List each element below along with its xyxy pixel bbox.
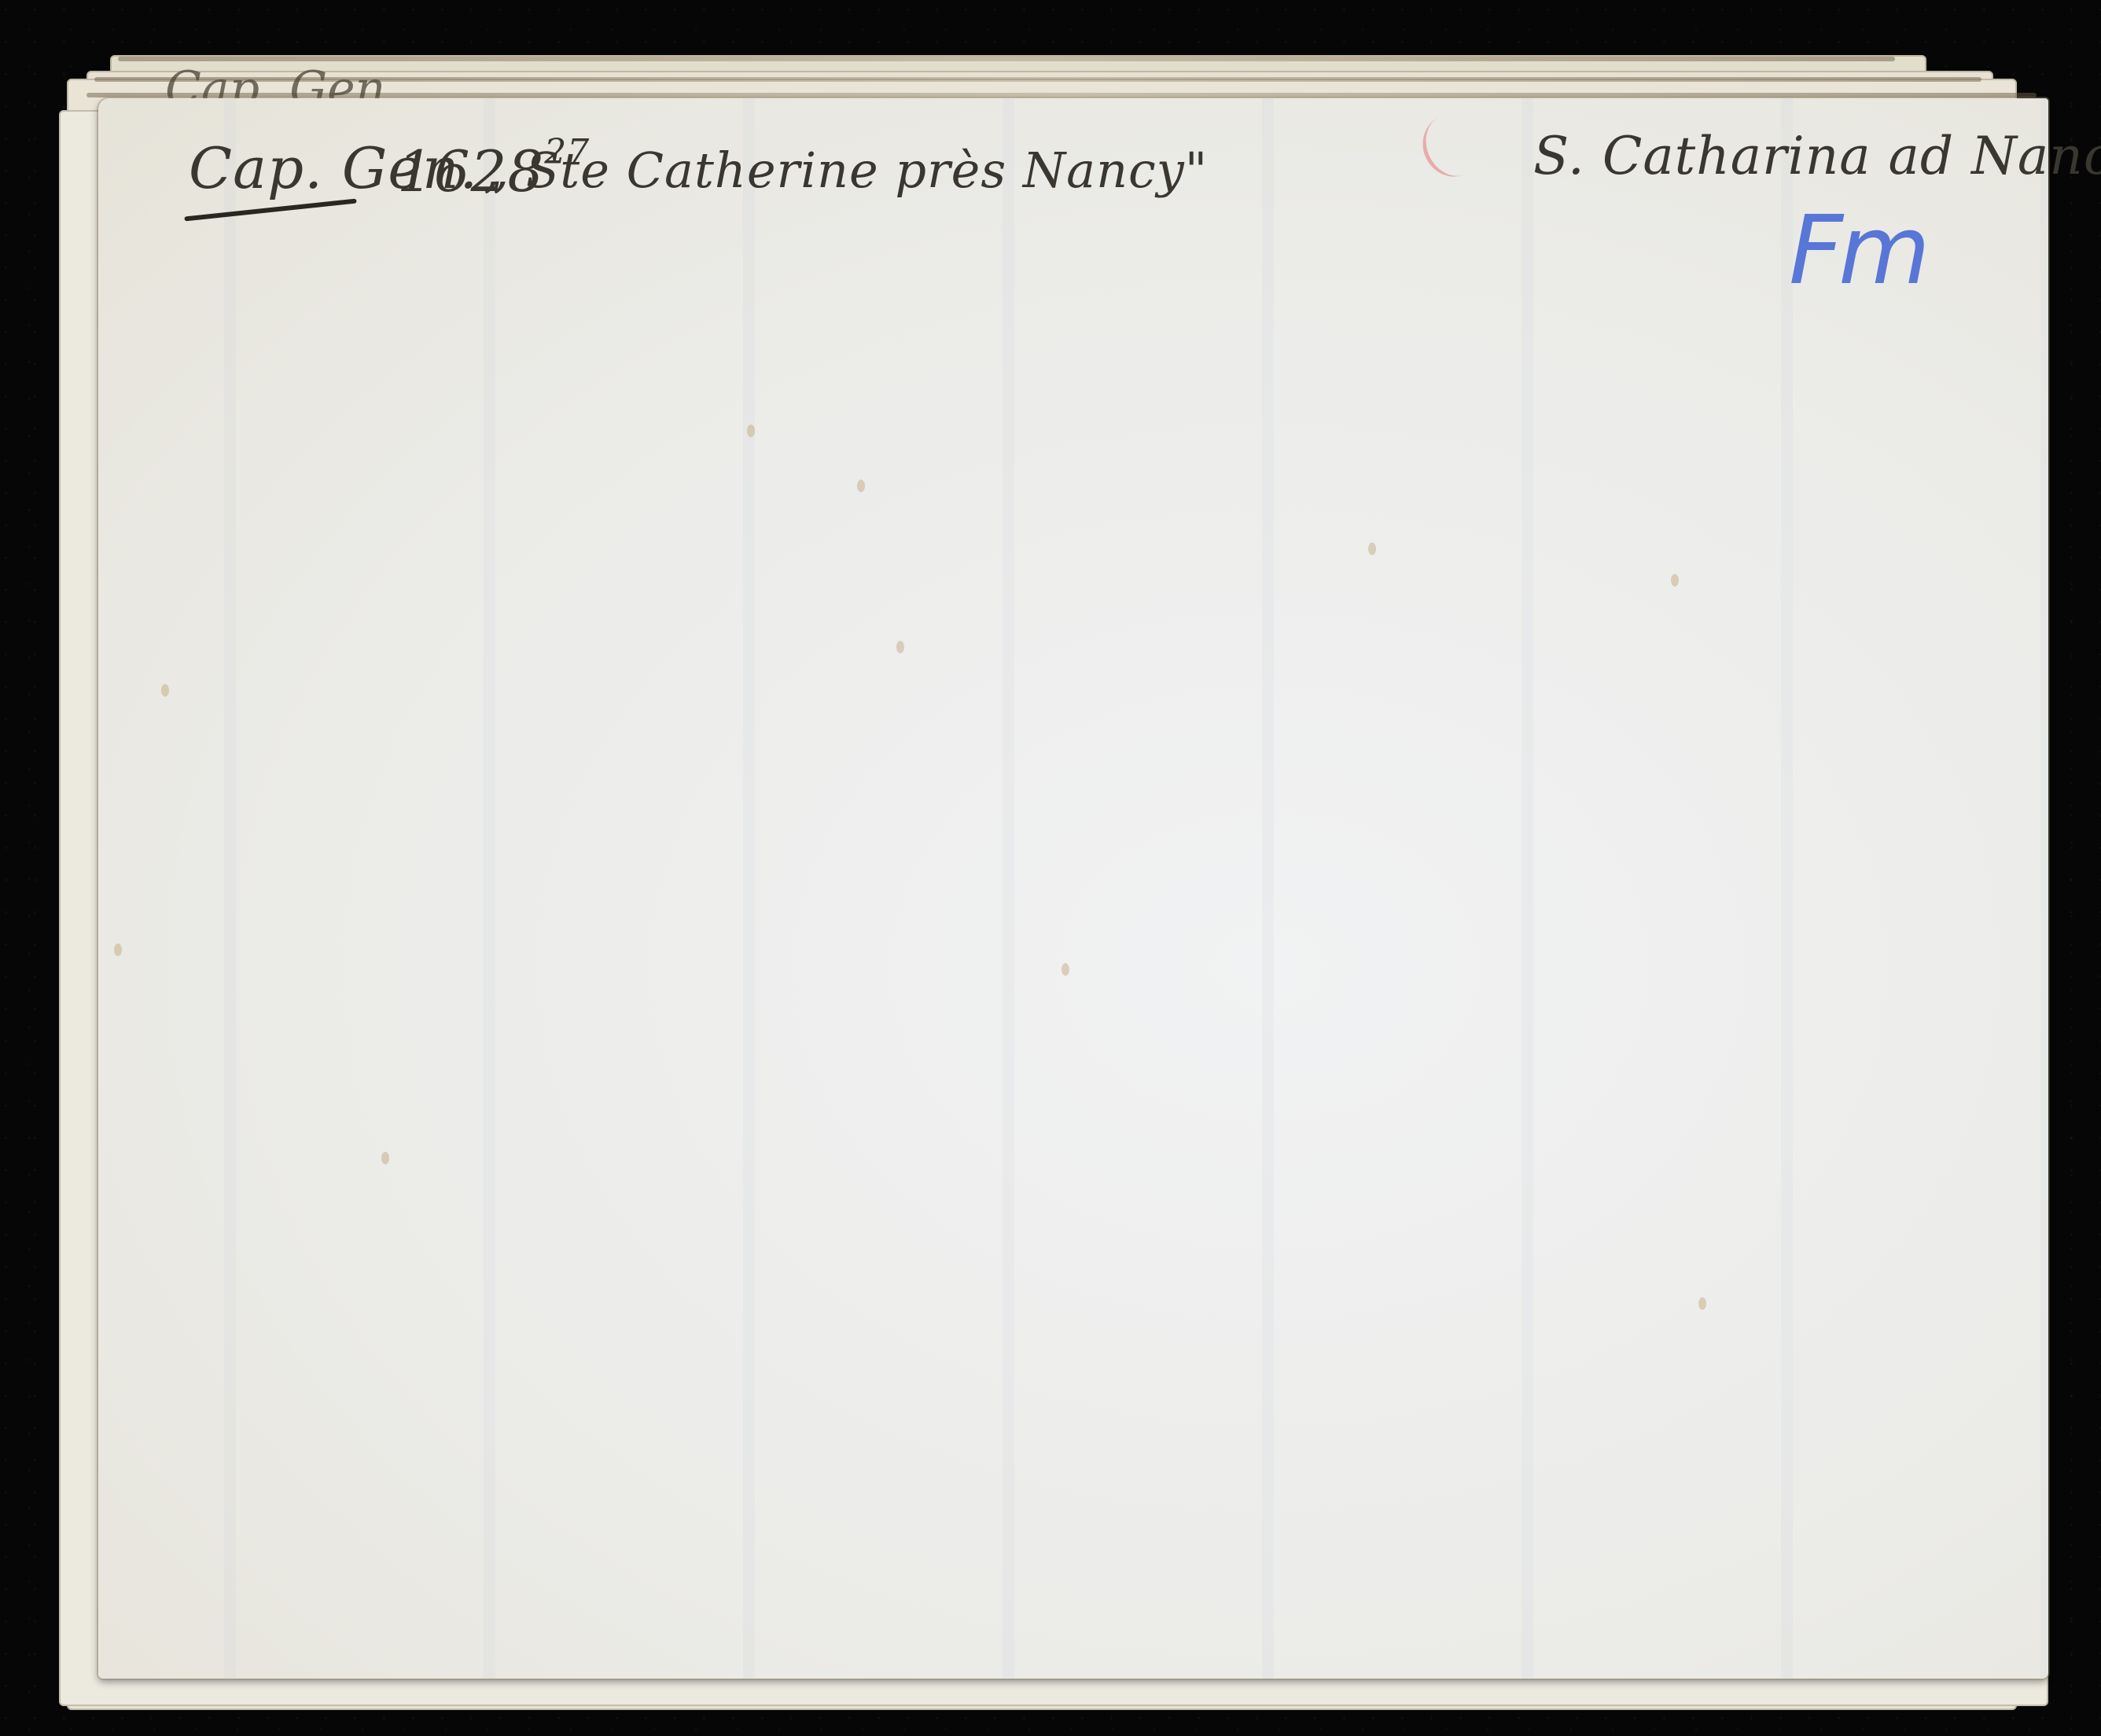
foxing-spot [896, 641, 904, 653]
blue-pencil-initials: Fm [1789, 197, 1926, 306]
foxing-spot [857, 480, 865, 492]
french-house-name: „ Ste Catherine près Nancy" [484, 142, 1208, 199]
foxing-spot [1698, 1297, 1706, 1310]
foxing-spot [1368, 542, 1376, 555]
foxing-spot [114, 943, 122, 956]
foxing-spot [1062, 963, 1069, 976]
document-page [98, 98, 2048, 1679]
foxing-spot [381, 1152, 389, 1164]
foxing-spot [161, 684, 169, 697]
foxing-spot [1671, 574, 1679, 587]
foxing-spot [747, 425, 755, 437]
latin-house-name: S. Catharina ad Nanceium. [1533, 126, 2101, 186]
